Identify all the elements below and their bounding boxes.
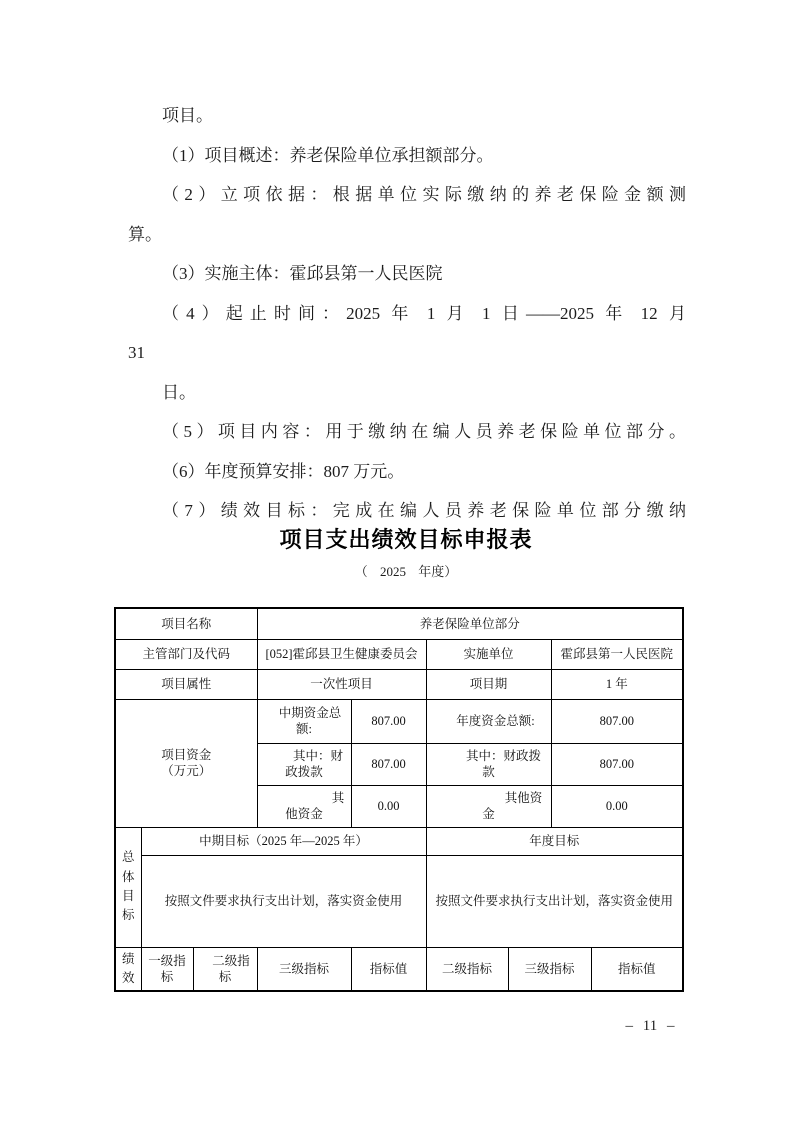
- perf-header-level3-mid: 三级指标: [257, 947, 351, 991]
- paragraph-line: （1）项目概述：养老保险单位承担额部分。: [162, 145, 686, 167]
- perf-header-level2-mid: 二级指标: [193, 947, 257, 991]
- mid-fiscal-value: 807.00: [351, 743, 426, 785]
- period-label: 项目期: [426, 669, 551, 699]
- paragraph-line: （6）年度预算安排：807 万元。: [162, 461, 686, 483]
- table-row: 主管部门及代码 [052]霍邱县卫生健康委员会 实施单位 霍邱县第一人民医院: [115, 639, 683, 669]
- perf-header-level3-annual: 三级指标: [508, 947, 591, 991]
- annual-other-value: 0.00: [551, 785, 683, 827]
- mid-goal-header: 中期目标（2025 年—2025 年）: [141, 827, 426, 855]
- annual-total-label: 年度资金总额:: [426, 699, 551, 743]
- table-row: 项目属性 一次性项目 项目期 1 年: [115, 669, 683, 699]
- paragraph-line: （3）实施主体：霍邱县第一人民医院: [162, 263, 686, 285]
- annual-goal-text: 按照文件要求执行支出计划，落实资金使用: [426, 855, 683, 947]
- perf-header-value-annual: 指标值: [591, 947, 683, 991]
- paragraph-line: 31: [128, 342, 652, 364]
- annual-fiscal-label: 其中：财政拨款: [426, 743, 551, 785]
- attribute-value: 一次性项目: [257, 669, 426, 699]
- paragraph-line: （2）立项依据：根据单位实际缴纳的养老保险金额测: [162, 184, 686, 206]
- period-value: 1 年: [551, 669, 683, 699]
- project-name-value: 养老保险单位部分: [257, 608, 683, 639]
- overall-goal-label: 总体目标: [115, 827, 141, 947]
- project-name-label: 项目名称: [115, 608, 257, 639]
- mid-total-value: 807.00: [351, 699, 426, 743]
- implementer-value: 霍邱县第一人民医院: [551, 639, 683, 669]
- table-row: 按照文件要求执行支出计划，落实资金使用 按照文件要求执行支出计划，落实资金使用: [115, 855, 683, 947]
- form-title: 项目支出绩效目标申报表: [128, 523, 684, 554]
- mid-goal-text: 按照文件要求执行支出计划，落实资金使用: [141, 855, 426, 947]
- paragraph-line: 项目。: [162, 105, 686, 127]
- annual-goal-header: 年度目标: [426, 827, 683, 855]
- table-row: 项目名称 养老保险单位部分: [115, 608, 683, 639]
- annual-other-label: 其他资金: [426, 785, 551, 827]
- paragraph-line: 日。: [162, 382, 686, 404]
- paragraph-line: 算。: [128, 224, 652, 246]
- performance-target-table: 项目名称 养老保险单位部分 主管部门及代码 [052]霍邱县卫生健康委员会 实施…: [114, 607, 684, 992]
- table-row: 项目资金 （万元） 中期资金总额: 807.00 年度资金总额: 807.00: [115, 699, 683, 743]
- form-subtitle: （ 2025 年度）: [128, 561, 684, 580]
- paragraph-line: （4）起止时间：2025 年 1 月 1 日——2025 年 12 月: [162, 303, 686, 325]
- department-label: 主管部门及代码: [115, 639, 257, 669]
- perf-header-level1: 一级指标: [141, 947, 193, 991]
- funds-label: 项目资金 （万元）: [115, 699, 257, 827]
- attribute-label: 项目属性: [115, 669, 257, 699]
- annual-total-value: 807.00: [551, 699, 683, 743]
- implementer-label: 实施单位: [426, 639, 551, 669]
- paragraph-line: （7）绩效目标：完成在编人员养老保险单位部分缴纳: [162, 500, 686, 522]
- department-value: [052]霍邱县卫生健康委员会: [257, 639, 426, 669]
- perf-header-level2-annual: 二级指标: [426, 947, 508, 991]
- mid-other-value: 0.00: [351, 785, 426, 827]
- page-number: – 11 –: [600, 1018, 700, 1035]
- paragraph-line: （5）项目内容：用于缴纳在编人员养老保险单位部分。: [162, 421, 686, 443]
- performance-label: 绩效: [115, 947, 141, 991]
- mid-total-label: 中期资金总额:: [257, 699, 351, 743]
- table-row: 绩效 一级指标 二级指标 三级指标 指标值 二级指标 三级指标 指标值: [115, 947, 683, 991]
- mid-fiscal-label: 其中：财政拨款: [257, 743, 351, 785]
- annual-fiscal-value: 807.00: [551, 743, 683, 785]
- table-row: 总体目标 中期目标（2025 年—2025 年） 年度目标: [115, 827, 683, 855]
- perf-header-value-mid: 指标值: [351, 947, 426, 991]
- mid-other-label: 其他资金: [257, 785, 351, 827]
- document-page: 项目。 （1）项目概述：养老保险单位承担额部分。 （2）立项依据：根据单位实际缴…: [0, 0, 793, 1122]
